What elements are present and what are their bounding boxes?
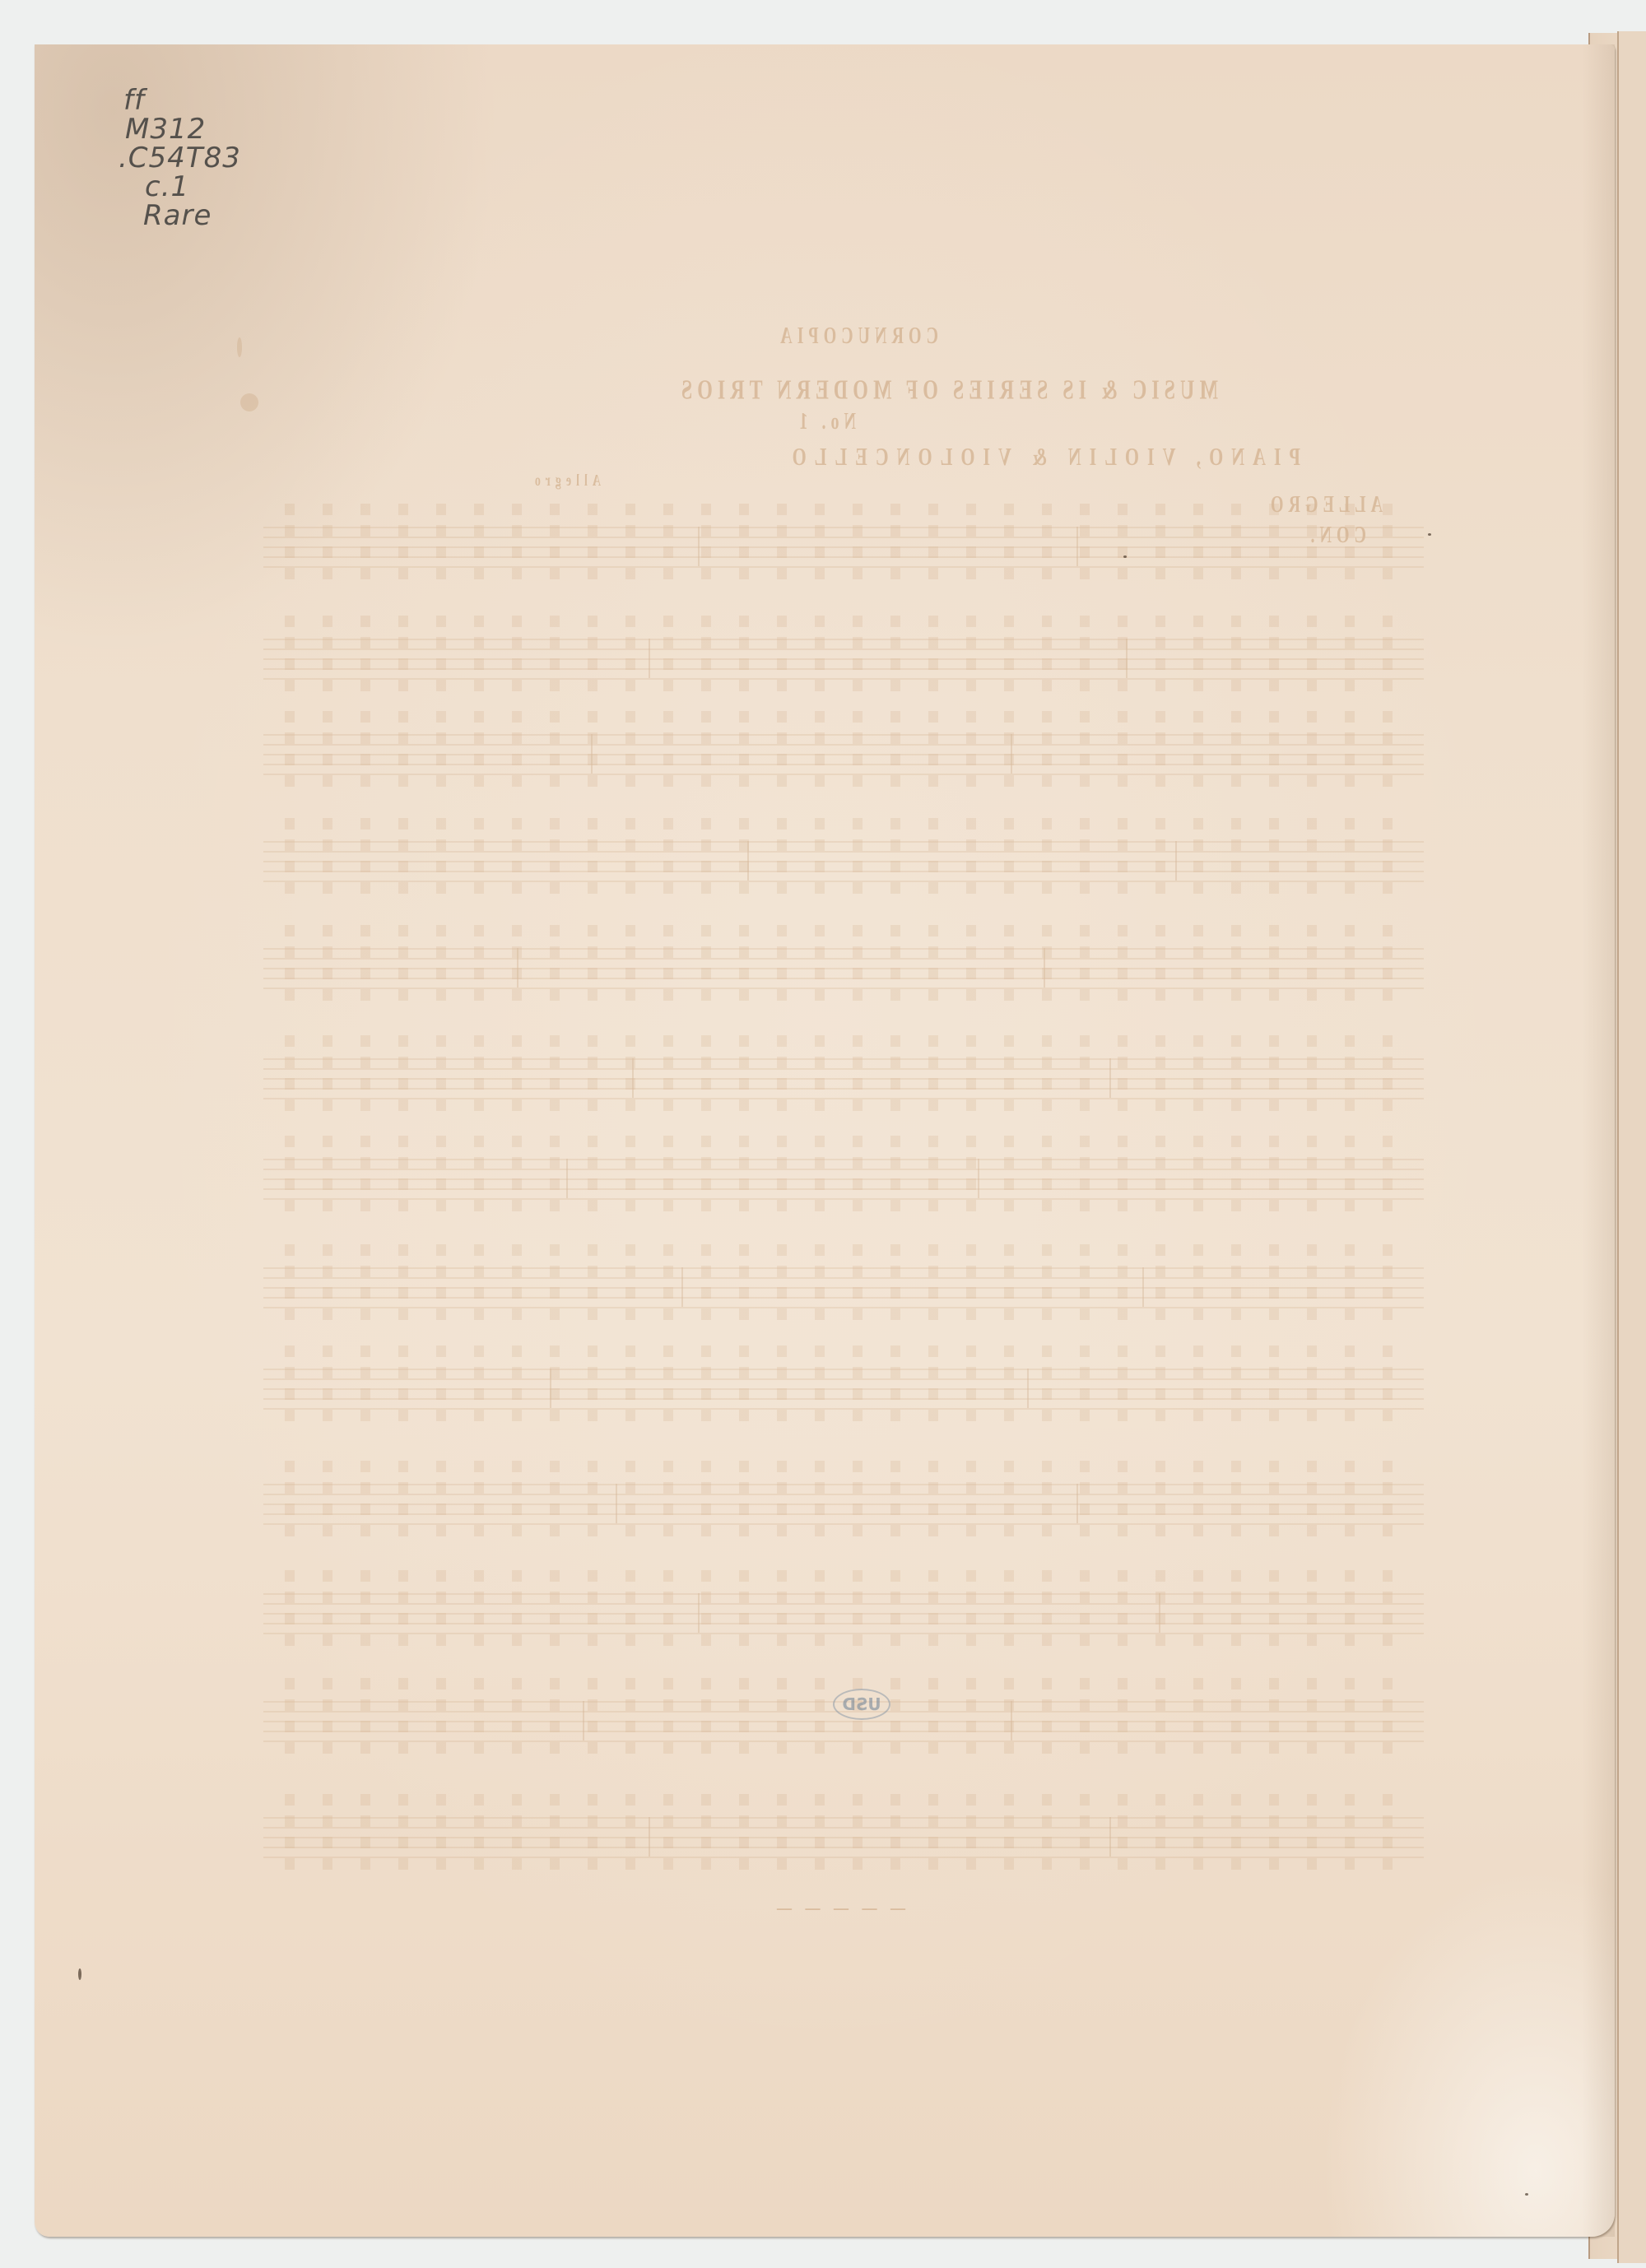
call-number-line: c.1 (145, 173, 241, 202)
call-number-line: Rare (143, 202, 241, 230)
speck (1525, 2193, 1528, 2196)
call-number-line: M312 (125, 115, 241, 144)
stain-mark (240, 393, 258, 411)
speck (1123, 555, 1127, 558)
call-number-line: .C54T83 (119, 144, 241, 173)
call-number: ff M312 .C54T83 c.1 Rare (123, 86, 241, 230)
backing-sheet-edge (1617, 31, 1646, 2263)
library-stamp: USD (833, 1689, 890, 1720)
paper-page (35, 44, 1615, 2237)
speck (1428, 533, 1431, 536)
stain-mark (237, 337, 242, 357)
speck (78, 1968, 81, 1980)
call-number-line: ff (123, 86, 241, 115)
